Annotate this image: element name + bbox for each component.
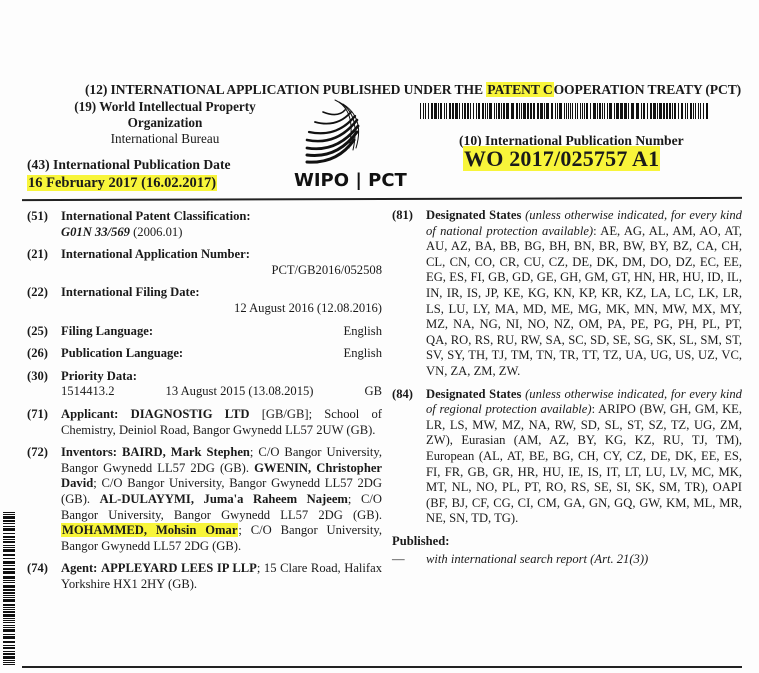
inid-code: (72) — [27, 445, 61, 554]
barcode-icon — [420, 103, 710, 119]
title-prefix: (12) INTERNATIONAL APPLICATION PUBLISHED… — [85, 82, 486, 97]
org-line-2: Organization — [50, 115, 280, 131]
published-item: — with international search report (Art.… — [392, 552, 742, 568]
dash: — — [392, 552, 426, 568]
filing-date-value: 12 August 2016 (12.08.2016) — [61, 301, 382, 317]
inid-code: (26) — [27, 346, 61, 362]
inid-code: (25) — [27, 324, 61, 340]
applicant-name: DIAGNOSTIG LTD — [131, 407, 250, 421]
entry-filing-language: (25) Filing Language: English — [27, 324, 382, 340]
priority-label: Priority Data: — [61, 369, 382, 385]
application-number-label: International Application Number: — [61, 247, 382, 263]
publication-date-label: (43) International Publication Date — [27, 156, 231, 174]
bibliographic-right-column: (81) Designated States (unless otherwise… — [392, 208, 742, 568]
inid-code: (51) — [27, 209, 61, 240]
designated-states-label: Designated States — [426, 387, 521, 401]
barcode-icon — [3, 512, 15, 667]
filing-language-label: Filing Language: — [61, 324, 153, 340]
entry-classification: (51) International Patent Classification… — [27, 209, 382, 240]
agent-label: Agent: — [61, 561, 97, 575]
wipo-pct-logo: WIPO | PCT — [293, 98, 423, 190]
inid-code: (84) — [392, 387, 426, 527]
inid-code: (74) — [27, 561, 61, 592]
publication-number-value: WO 2017/025757 A1 — [463, 146, 660, 171]
publication-language-value: English — [344, 346, 382, 362]
designated-states-label: Designated States — [426, 208, 521, 222]
org-line-1: (19) World Intellectual Property — [50, 99, 280, 115]
regional-states-list: ARIPO (BW, GH, GM, KE, LR, LS, MW, MZ, N… — [426, 402, 742, 525]
priority-number: 1514413.2 — [61, 384, 115, 400]
filing-language-value: English — [344, 324, 382, 340]
entry-inventors: (72) Inventors: BAIRD, Mark Stephen; C/O… — [27, 445, 382, 554]
classification-code: G01N 33/569 — [61, 225, 130, 239]
publication-language-label: Publication Language: — [61, 346, 183, 362]
classification-label: International Patent Classification: — [61, 209, 382, 225]
agent-name: APPLEYARD LEES IP LLP — [101, 561, 257, 575]
inventor-name: BAIRD, Mark Stephen — [122, 445, 250, 459]
publication-date-value: 16 February 2017 (16.02.2017) — [27, 175, 217, 191]
document-title: (12) INTERNATIONAL APPLICATION PUBLISHED… — [85, 82, 741, 98]
entry-applicant: (71) Applicant: DIAGNOSTIG LTD [GB/GB]; … — [27, 407, 382, 438]
entry-application-number: (21) International Application Number: P… — [27, 247, 382, 278]
inventor-name: AL-DULAYYMI, Juma'a Raheem Najeem — [100, 492, 348, 506]
priority-country: GB — [364, 384, 382, 400]
top-barcode — [420, 103, 710, 119]
filing-date-label: International Filing Date: — [61, 285, 382, 301]
title-highlight: PATENT C — [486, 82, 553, 97]
bibliographic-left-column: (51) International Patent Classification… — [27, 209, 382, 599]
published-item-text: with international search report (Art. 2… — [426, 552, 648, 568]
applicant-label: Applicant: — [61, 407, 118, 421]
application-number-value: PCT/GB2016/052508 — [61, 263, 382, 279]
side-barcode — [3, 512, 15, 667]
entry-regional-designated-states: (84) Designated States (unless otherwise… — [392, 387, 742, 527]
publication-number: WO 2017/025757 A1 — [463, 146, 660, 172]
divider-top — [22, 197, 742, 201]
publication-date-block: (43) International Publication Date 16 F… — [27, 156, 231, 192]
inventors-label: Inventors: — [61, 445, 117, 459]
national-states-list: AE, AG, AL, AM, AO, AT, AU, AZ, BA, BB, … — [426, 224, 742, 378]
inid-code: (81) — [392, 208, 426, 380]
inventor-name-highlighted: MOHAMMED, Mohsin Omar — [61, 523, 238, 537]
entry-publication-language: (26) Publication Language: English — [27, 346, 382, 362]
org-line-3: International Bureau — [50, 131, 280, 147]
wipo-organization: (19) World Intellectual Property Organiz… — [50, 99, 280, 147]
wipo-globe-icon: WIPO | PCT — [293, 98, 423, 190]
divider-bottom — [22, 666, 742, 668]
inid-code: (71) — [27, 407, 61, 438]
inid-code: (30) — [27, 369, 61, 400]
priority-date: 13 August 2015 (13.08.2015) — [166, 384, 314, 400]
svg-text:WIPO | PCT: WIPO | PCT — [294, 170, 408, 190]
entry-priority-data: (30) Priority Data: 1514413.2 13 August … — [27, 369, 382, 400]
title-suffix: OOPERATION TREATY (PCT) — [554, 82, 742, 97]
inid-code: (21) — [27, 247, 61, 278]
published-label: Published: — [392, 534, 742, 550]
classification-version: (2006.01) — [133, 225, 182, 239]
entry-national-designated-states: (81) Designated States (unless otherwise… — [392, 208, 742, 380]
inid-code: (22) — [27, 285, 61, 316]
entry-filing-date: (22) International Filing Date: 12 Augus… — [27, 285, 382, 316]
entry-agent: (74) Agent: APPLEYARD LEES IP LLP; 15 Cl… — [27, 561, 382, 592]
